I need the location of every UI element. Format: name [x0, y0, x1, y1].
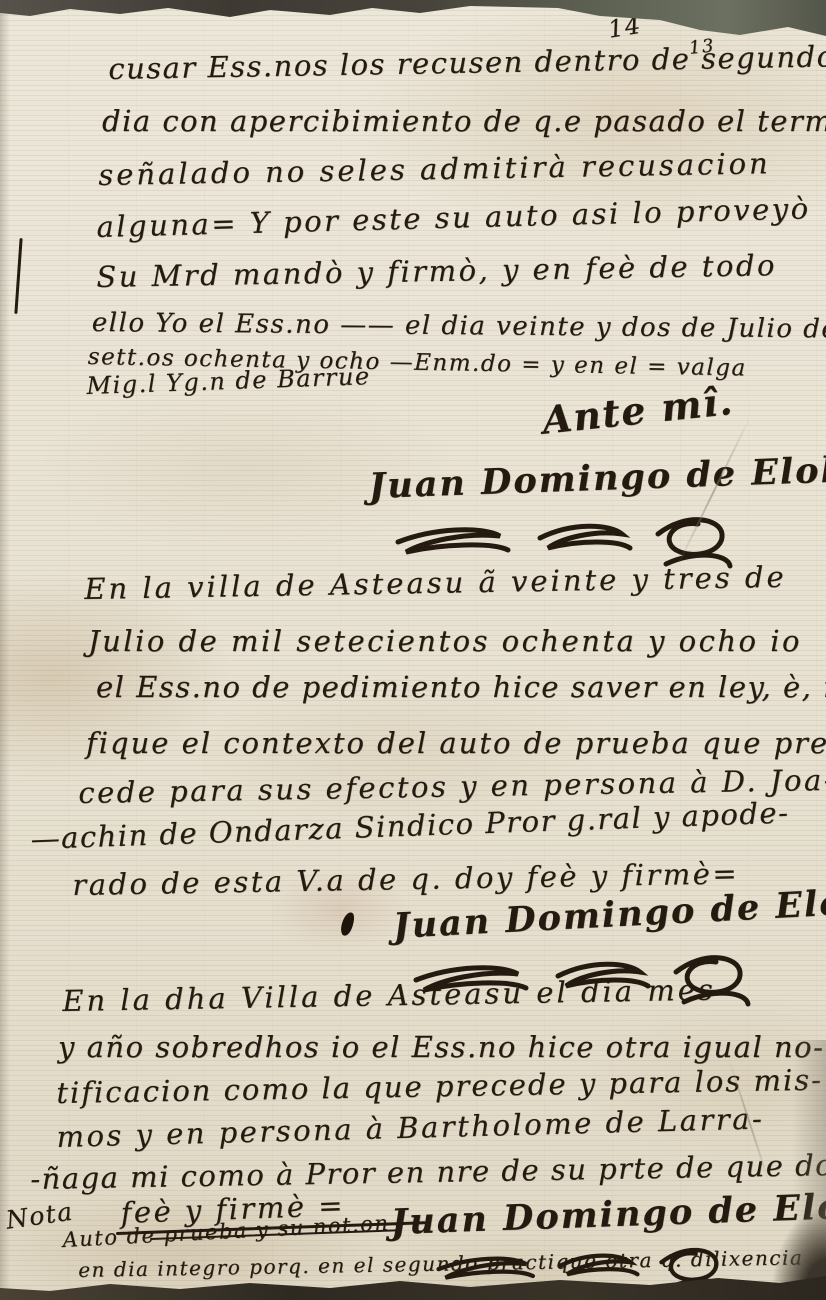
manuscript-line: Julio de mil setecientos ochenta y ocho …	[88, 624, 802, 658]
page-edge-shadow	[0, 0, 10, 1300]
manuscript-line: dia con apercibimiento de q.e pasado el …	[102, 104, 826, 138]
manuscript-line: fique el contexto del auto de prueba que…	[86, 726, 826, 760]
manuscript-line: el Ess.no de pedimiento hice saver en le…	[96, 670, 826, 704]
manuscript-scan: 14 13 cusar Ess.nos los recusen dentro d…	[0, 0, 826, 1300]
manuscript-line: y año sobredhos io el Ess.no hice otra i…	[58, 1030, 824, 1064]
